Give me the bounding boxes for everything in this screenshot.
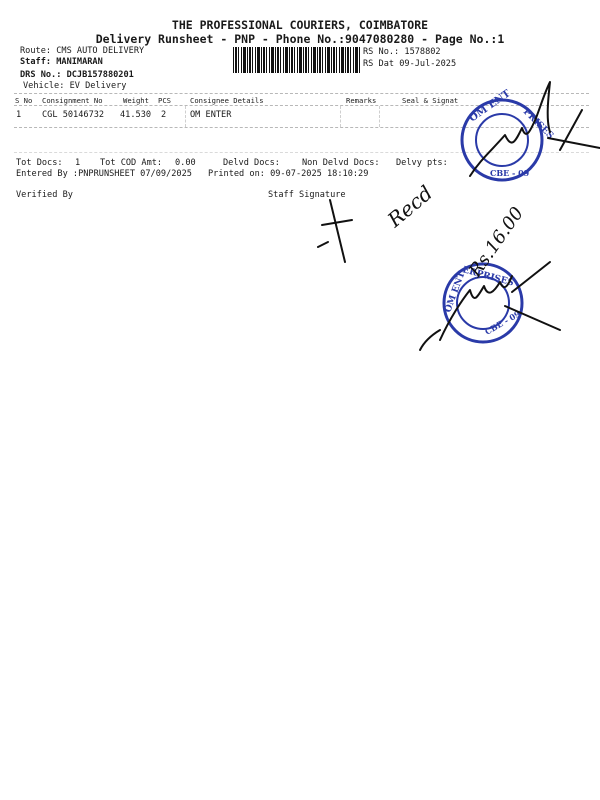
- staff-label: Staff: MANIMARAN: [20, 57, 103, 67]
- company-title: THE PROFESSIONAL COURIERS, COIMBATORE: [0, 18, 600, 32]
- received-note: Recd: [382, 181, 437, 233]
- entered-by: Entered By :PNPRUNSHEET 07/09/2025: [16, 169, 192, 179]
- col-divider: [340, 106, 341, 127]
- cell-consignment: CGL 50146732: [42, 110, 104, 120]
- verified-by-label: Verified By: [16, 190, 73, 200]
- non-delvd-docs-label: Non Delvd Docs:: [302, 158, 380, 168]
- tot-docs-label: Tot Docs:: [16, 158, 63, 168]
- svg-text:ERPRISES: ERPRISES: [461, 265, 514, 288]
- col-pcs: PCS: [158, 96, 171, 105]
- svg-text:OM ENT: OM ENT: [443, 270, 467, 314]
- col-sno: S No: [15, 96, 32, 105]
- svg-text:CBE - 09: CBE - 09: [483, 308, 522, 337]
- delvd-docs-label: Delvd Docs:: [223, 158, 280, 168]
- table-top-border: [14, 93, 589, 94]
- handwritten-annotations: OM ENT PRISES CBE - 09 OM ENT ERPRISES C…: [0, 0, 600, 800]
- col-divider: [379, 106, 380, 127]
- col-seal: Seal & Signat: [402, 96, 458, 105]
- tot-docs-value: 1: [75, 158, 80, 168]
- cell-sno: 1: [16, 110, 21, 120]
- delvy-pts-label: Delvy pts:: [396, 158, 448, 168]
- company-stamp-icon: OM ENT PRISES CBE - 09: [462, 88, 555, 180]
- barcode-icon: [233, 47, 361, 73]
- svg-text:PRISES: PRISES: [521, 107, 555, 141]
- staff-signature-label: Staff Signature: [268, 190, 346, 200]
- signature-icon: [318, 82, 600, 350]
- cell-weight: 41.530: [120, 110, 151, 120]
- printed-on: Printed on: 09-07-2025 18:10:29: [208, 169, 368, 179]
- amount-note: Rs.16.00: [464, 203, 528, 281]
- vehicle-label: Vehicle: EV Delivery: [23, 81, 126, 91]
- col-consignment: Consignment No: [42, 96, 103, 105]
- rs-date: RS Dat 09-Jul-2025: [363, 59, 456, 69]
- totals-divider: [14, 152, 589, 153]
- drs-number: DRS No.: DCJB157880201: [20, 70, 134, 80]
- col-remarks: Remarks: [346, 96, 376, 105]
- rs-number: RS No.: 1578802: [363, 47, 441, 57]
- company-stamp-icon: OM ENT ERPRISES CBE - 09: [443, 264, 522, 342]
- cell-consignee: OM ENTER: [190, 110, 231, 120]
- tot-cod-label: Tot COD Amt:: [100, 158, 162, 168]
- col-divider: [185, 106, 186, 127]
- tot-cod-value: 0.00: [175, 158, 196, 168]
- cell-pcs: 2: [161, 110, 166, 120]
- runsheet-subtitle: Delivery Runsheet - PNP - Phone No.:9047…: [0, 32, 600, 46]
- route-label: Route: CMS AUTO DELIVERY: [20, 46, 144, 56]
- col-consignee: Consignee Details: [190, 96, 264, 105]
- svg-text:CBE - 09: CBE - 09: [490, 168, 530, 178]
- table-bottom-border: [14, 127, 589, 128]
- table-header-border: [14, 105, 589, 106]
- col-weight: Weight: [123, 96, 149, 105]
